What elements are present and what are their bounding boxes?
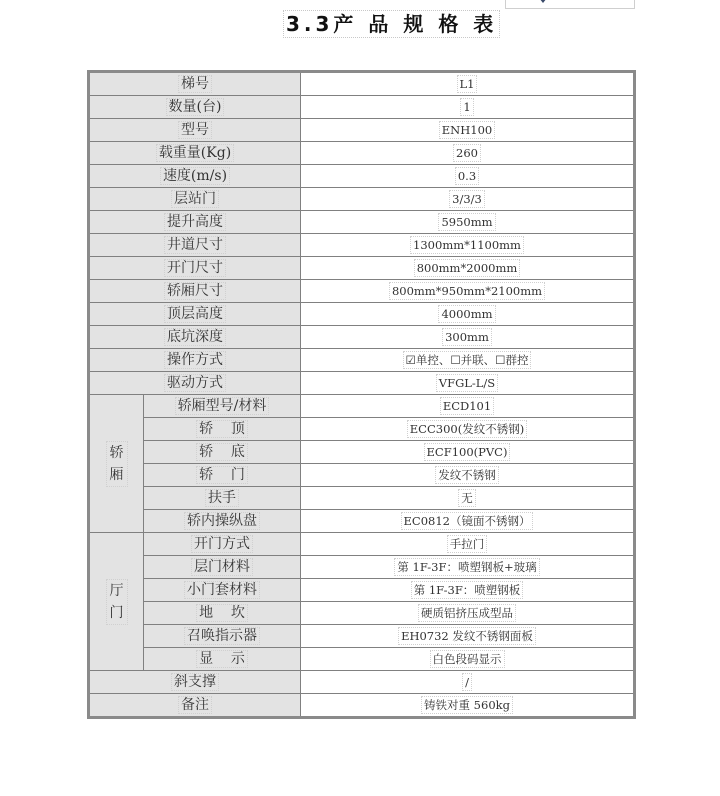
- row-value-text: 1: [460, 98, 473, 116]
- table-row: 数量(台)1: [89, 96, 635, 119]
- row-value-text: 4000mm: [438, 305, 495, 323]
- row-value-text: ENH100: [439, 121, 495, 139]
- row-value-text: ECC300(发纹不锈钢): [407, 420, 527, 438]
- row-value-text: EH0732 发纹不锈钢面板: [398, 627, 536, 645]
- row-label-text: 载重量(Kg): [156, 144, 234, 162]
- row-label: 扶手: [144, 487, 301, 510]
- row-label: 轿厢型号/材料: [144, 395, 301, 418]
- row-value: EC0812（镜面不锈钢）: [301, 510, 635, 533]
- table-row: 轿厢轿厢型号/材料ECD101: [89, 395, 635, 418]
- hall-door-group-label-line2: 门: [110, 602, 124, 624]
- table-row: 显 示白色段码显示: [89, 648, 635, 671]
- row-label-text: 顶层高度: [164, 305, 226, 323]
- table-row: 驱动方式VFGL-L/S: [89, 372, 635, 395]
- row-label-text: 型号: [178, 121, 212, 139]
- row-label-text: 开门方式: [191, 535, 253, 553]
- row-value-text: 800mm*2000mm: [414, 259, 521, 277]
- page-title: 3.3产 品 规 格 表: [283, 10, 500, 38]
- row-label: 底坑深度: [89, 326, 301, 349]
- row-label-text: 井道尺寸: [164, 236, 226, 254]
- row-label-text: 小门套材料: [184, 581, 260, 599]
- row-value-text: 硬质铝挤压成型品: [418, 604, 516, 622]
- row-label-text: 底坑深度: [164, 328, 226, 346]
- row-label: 操作方式: [89, 349, 301, 372]
- table-row: 提升高度5950mm: [89, 211, 635, 234]
- table-row: 召唤指示器EH0732 发纹不锈钢面板: [89, 625, 635, 648]
- row-value-text: 手拉门: [447, 535, 488, 553]
- row-label-text: 层站门: [171, 190, 219, 208]
- row-value-text: ☑单控、☐并联、☐群控: [403, 351, 532, 369]
- row-value: ECC300(发纹不锈钢): [301, 418, 635, 441]
- row-value: 800mm*2000mm: [301, 257, 635, 280]
- table-row: 斜支撑/: [89, 671, 635, 694]
- row-label: 轿内操纵盘: [144, 510, 301, 533]
- row-value: 第 1F-3F：喷塑钢板: [301, 579, 635, 602]
- row-label-text: 轿厢型号/材料: [175, 397, 270, 415]
- row-value-text: 260: [453, 144, 481, 162]
- row-label: 井道尺寸: [89, 234, 301, 257]
- row-label: 显 示: [144, 648, 301, 671]
- row-value: 1300mm*1100mm: [301, 234, 635, 257]
- row-label: 层门材料: [144, 556, 301, 579]
- car-group-label: 轿厢: [89, 395, 144, 533]
- row-value: 第 1F-3F：喷塑钢板+玻璃: [301, 556, 635, 579]
- row-value: 3/3/3: [301, 188, 635, 211]
- row-value-text: 铸铁对重 560kg: [421, 696, 513, 714]
- row-label-text: 驱动方式: [164, 374, 226, 392]
- header-decoration-box: [505, 0, 635, 9]
- row-label: 开门方式: [144, 533, 301, 556]
- row-value-text: VFGL-L/S: [436, 374, 498, 392]
- hall-door-group-label: 厅门: [89, 533, 144, 671]
- row-value: 铸铁对重 560kg: [301, 694, 635, 718]
- row-value: 白色段码显示: [301, 648, 635, 671]
- table-row: 小门套材料第 1F-3F：喷塑钢板: [89, 579, 635, 602]
- row-label-text: 扶手: [205, 489, 239, 507]
- row-label: 速度(m/s): [89, 165, 301, 188]
- row-value-text: ECD101: [440, 397, 494, 415]
- table-row: 操作方式☑单控、☐并联、☐群控: [89, 349, 635, 372]
- car-group-label-line2: 厢: [110, 464, 124, 486]
- car-group-label-line1: 轿: [110, 442, 124, 464]
- table-row: 备注铸铁对重 560kg: [89, 694, 635, 718]
- row-value: ☑单控、☐并联、☐群控: [301, 349, 635, 372]
- row-value-text: 3/3/3: [449, 190, 485, 208]
- row-value: 4000mm: [301, 303, 635, 326]
- row-value: L1: [301, 72, 635, 96]
- row-value: 1: [301, 96, 635, 119]
- row-value: 800mm*950mm*2100mm: [301, 280, 635, 303]
- row-value: VFGL-L/S: [301, 372, 635, 395]
- row-label-text: 轿 底: [196, 443, 248, 461]
- table-row: 轿 门发纹不锈钢: [89, 464, 635, 487]
- table-row: 型号ENH100: [89, 119, 635, 142]
- row-value: ECF100(PVC): [301, 441, 635, 464]
- table-row: 载重量(Kg)260: [89, 142, 635, 165]
- row-label-text: 层门材料: [191, 558, 253, 576]
- row-label: 驱动方式: [89, 372, 301, 395]
- row-label-text: 轿 门: [196, 466, 248, 484]
- table-row: 轿 底ECF100(PVC): [89, 441, 635, 464]
- row-label-text: 轿内操纵盘: [184, 512, 260, 530]
- row-label: 轿 门: [144, 464, 301, 487]
- table-row: 速度(m/s)0.3: [89, 165, 635, 188]
- table-row: 轿厢尺寸800mm*950mm*2100mm: [89, 280, 635, 303]
- row-label: 轿 底: [144, 441, 301, 464]
- row-label: 地 坎: [144, 602, 301, 625]
- row-label: 开门尺寸: [89, 257, 301, 280]
- row-label-text: 轿 顶: [196, 420, 248, 438]
- row-label: 载重量(Kg): [89, 142, 301, 165]
- row-value: 手拉门: [301, 533, 635, 556]
- row-value-text: 0.3: [455, 167, 479, 185]
- table-row: 厅门开门方式手拉门: [89, 533, 635, 556]
- hall-door-group-label-text: 厅门: [106, 579, 128, 625]
- table-row: 梯号L1: [89, 72, 635, 96]
- row-label-text: 开门尺寸: [164, 259, 226, 277]
- table-row: 轿内操纵盘EC0812（镜面不锈钢）: [89, 510, 635, 533]
- row-value: 硬质铝挤压成型品: [301, 602, 635, 625]
- car-group-label-text: 轿厢: [106, 441, 128, 487]
- row-label-text: 数量(台): [166, 98, 225, 116]
- row-value-text: 1300mm*1100mm: [410, 236, 524, 254]
- table-row: 轿 顶ECC300(发纹不锈钢): [89, 418, 635, 441]
- table-row: 层门材料第 1F-3F：喷塑钢板+玻璃: [89, 556, 635, 579]
- row-value: EH0732 发纹不锈钢面板: [301, 625, 635, 648]
- row-value: 发纹不锈钢: [301, 464, 635, 487]
- row-value: 5950mm: [301, 211, 635, 234]
- row-label-text: 轿厢尺寸: [164, 282, 226, 300]
- row-label-text: 操作方式: [164, 351, 226, 369]
- row-label-text: 提升高度: [164, 213, 226, 231]
- row-label: 顶层高度: [89, 303, 301, 326]
- row-label: 轿 顶: [144, 418, 301, 441]
- row-value-text: 5950mm: [438, 213, 495, 231]
- table-row: 开门尺寸800mm*2000mm: [89, 257, 635, 280]
- row-value-text: 发纹不锈钢: [435, 466, 499, 484]
- row-label-text: 梯号: [178, 75, 212, 93]
- row-label: 梯号: [89, 72, 301, 96]
- row-value-text: L1: [457, 75, 478, 93]
- row-label: 型号: [89, 119, 301, 142]
- row-value-text: 第 1F-3F：喷塑钢板+玻璃: [394, 558, 539, 576]
- row-label: 召唤指示器: [144, 625, 301, 648]
- row-value-text: /: [462, 673, 472, 691]
- row-value-text: EC0812（镜面不锈钢）: [401, 512, 534, 530]
- row-value: ECD101: [301, 395, 635, 418]
- row-value: 260: [301, 142, 635, 165]
- row-label: 斜支撑: [89, 671, 301, 694]
- table-row: 扶手无: [89, 487, 635, 510]
- row-label: 提升高度: [89, 211, 301, 234]
- row-label: 数量(台): [89, 96, 301, 119]
- table-row: 井道尺寸1300mm*1100mm: [89, 234, 635, 257]
- row-value: 无: [301, 487, 635, 510]
- row-value: /: [301, 671, 635, 694]
- row-label-text: 斜支撑: [171, 673, 219, 691]
- row-value-text: 300mm: [442, 328, 492, 346]
- hall-door-group-label-line1: 厅: [110, 580, 124, 602]
- table-row: 顶层高度4000mm: [89, 303, 635, 326]
- row-value: 0.3: [301, 165, 635, 188]
- row-label-text: 地 坎: [196, 604, 248, 622]
- row-label: 轿厢尺寸: [89, 280, 301, 303]
- row-label-text: 备注: [178, 696, 212, 714]
- row-label-text: 召唤指示器: [184, 627, 260, 645]
- table-row: 底坑深度300mm: [89, 326, 635, 349]
- row-label-text: 显 示: [196, 650, 248, 668]
- row-value: 300mm: [301, 326, 635, 349]
- row-label-text: 速度(m/s): [160, 167, 230, 185]
- row-label: 层站门: [89, 188, 301, 211]
- spec-table: 梯号L1数量(台)1型号ENH100载重量(Kg)260速度(m/s)0.3层站…: [87, 70, 636, 719]
- row-value-text: 800mm*950mm*2100mm: [389, 282, 545, 300]
- table-row: 地 坎硬质铝挤压成型品: [89, 602, 635, 625]
- row-value-text: ECF100(PVC): [424, 443, 511, 461]
- row-value-text: 第 1F-3F：喷塑钢板: [411, 581, 524, 599]
- row-value: ENH100: [301, 119, 635, 142]
- row-value-text: 无: [458, 489, 476, 507]
- row-label: 备注: [89, 694, 301, 718]
- table-row: 层站门3/3/3: [89, 188, 635, 211]
- row-label: 小门套材料: [144, 579, 301, 602]
- marker-icon: [539, 0, 547, 3]
- row-value-text: 白色段码显示: [430, 650, 505, 668]
